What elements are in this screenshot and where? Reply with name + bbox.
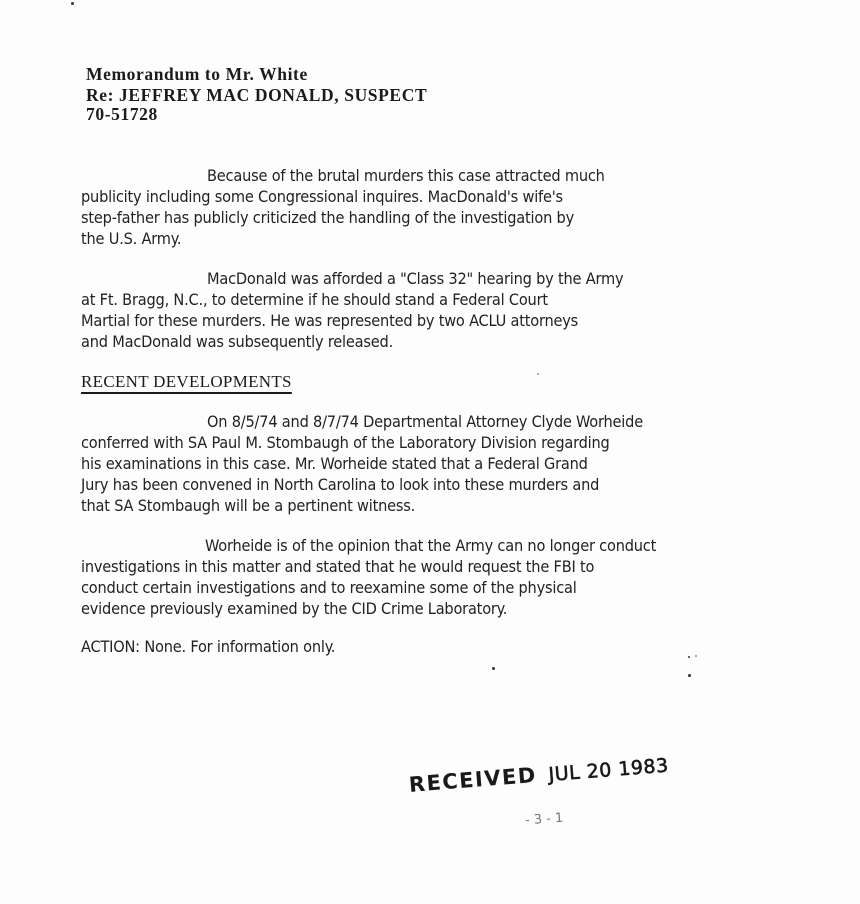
paragraph-4-line: conduct certain investigations and to re…: [81, 578, 577, 597]
paragraph-4-line: evidence previously examined by the CID …: [81, 599, 507, 618]
paragraph-4-line: Worheide is of the opinion that the Army…: [205, 536, 656, 555]
received-stamp: RECEIVEDJUL 20 1983: [408, 753, 669, 797]
paragraph-2-line: Martial for these murders. He was repres…: [81, 311, 578, 330]
paragraph-1-line: publicity including some Congressional i…: [81, 187, 563, 206]
paragraph-3-line: conferred with SA Paul M. Stombaugh of t…: [81, 433, 610, 452]
memo-page: Memorandum to Mr. White Re: JEFFREY MAC …: [0, 0, 860, 904]
paragraph-1-line: the U.S. Army.: [81, 229, 181, 248]
stamp-sub-mark: - 3 - 1: [525, 811, 564, 829]
paragraph-2-line: at Ft. Bragg, N.C., to determine if he s…: [81, 290, 548, 309]
scan-speck: [688, 656, 690, 658]
paragraph-3-line: Jury has been convened in North Carolina…: [81, 475, 599, 494]
paragraph-3-line: his examinations in this case. Mr. Worhe…: [81, 454, 588, 473]
paragraph-4-line: investigations in this matter and stated…: [81, 557, 594, 576]
paragraph-1-line: step-father has publicly criticized the …: [81, 208, 574, 227]
section-heading: RECENT DEVELOPMENTS: [81, 372, 292, 392]
scan-speck: [71, 2, 74, 5]
file-number: 70-51728: [86, 104, 158, 125]
paragraph-1-line: Because of the brutal murders this case …: [207, 166, 605, 185]
scan-speck: [492, 667, 495, 670]
paragraph-2-line: and MacDonald was subsequently released.: [81, 332, 393, 351]
scan-speck: [537, 373, 539, 375]
memo-re-line: Re: JEFFREY MAC DONALD, SUSPECT: [86, 85, 427, 106]
paragraph-3-line: that SA Stombaugh will be a pertinent wi…: [81, 496, 415, 515]
action-line: ACTION: None. For information only.: [81, 637, 335, 656]
paragraph-2-line: MacDonald was afforded a "Class 32" hear…: [207, 269, 623, 288]
scan-speck: [688, 674, 691, 677]
stamp-date: JUL 20 1983: [548, 755, 670, 786]
stamp-label: RECEIVED: [408, 763, 538, 797]
scan-speck: [695, 655, 697, 657]
memo-to-line: Memorandum to Mr. White: [86, 64, 308, 85]
paragraph-3-line: On 8/5/74 and 8/7/74 Departmental Attorn…: [207, 412, 643, 431]
